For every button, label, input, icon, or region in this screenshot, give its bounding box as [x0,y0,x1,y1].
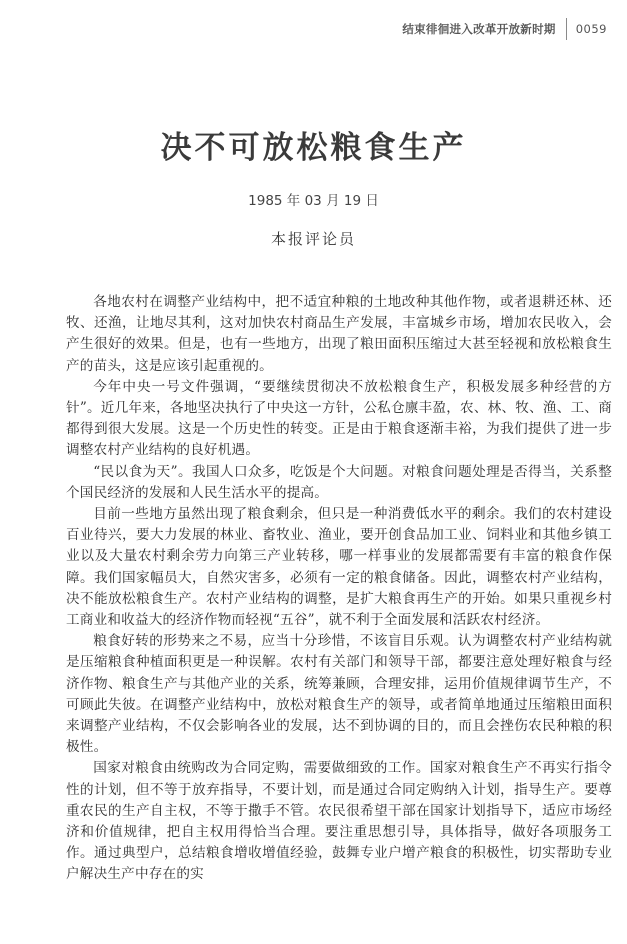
section-title: 结束徘徊进入改革开放新时期 [402,21,555,37]
running-header: 结束徘徊进入改革开放新时期 0059 [402,18,607,40]
paragraph: 粮食好转的形势来之不易，应当十分珍惜，不该盲目乐观。认为调整农村产业结构就是压缩… [66,631,612,758]
article-author: 本报评论员 [0,228,627,249]
article-title: 决不可放松粮食生产 [0,122,627,167]
article-body: 各地农村在调整产业结构中，把不适宜种粮的土地改种其他作物，或者退耕还林、还牧、还… [66,292,612,886]
paragraph: 国家对粮食由统购改为合同定购，需要做细致的工作。国家对粮食生产不再实行指令性的计… [66,758,612,885]
page-number: 0059 [576,22,607,36]
paragraph: “民以食为天”。我国人口众多，吃饭是个大问题。对粮食问题处理是否得当，关系整个国… [66,462,612,504]
paragraph: 目前一些地方虽然出现了粮食剩余，但只是一种消费低水平的剩余。我们的农村建设百业待… [66,504,612,631]
header-divider [566,18,567,40]
paragraph: 各地农村在调整产业结构中，把不适宜种粮的土地改种其他作物，或者退耕还林、还牧、还… [66,292,612,377]
article-date: 1985 年 03 月 19 日 [0,189,627,209]
paragraph: 今年中央一号文件强调，“要继续贯彻决不放松粮食生产，积极发展多种经营的方针”。近… [66,377,612,462]
